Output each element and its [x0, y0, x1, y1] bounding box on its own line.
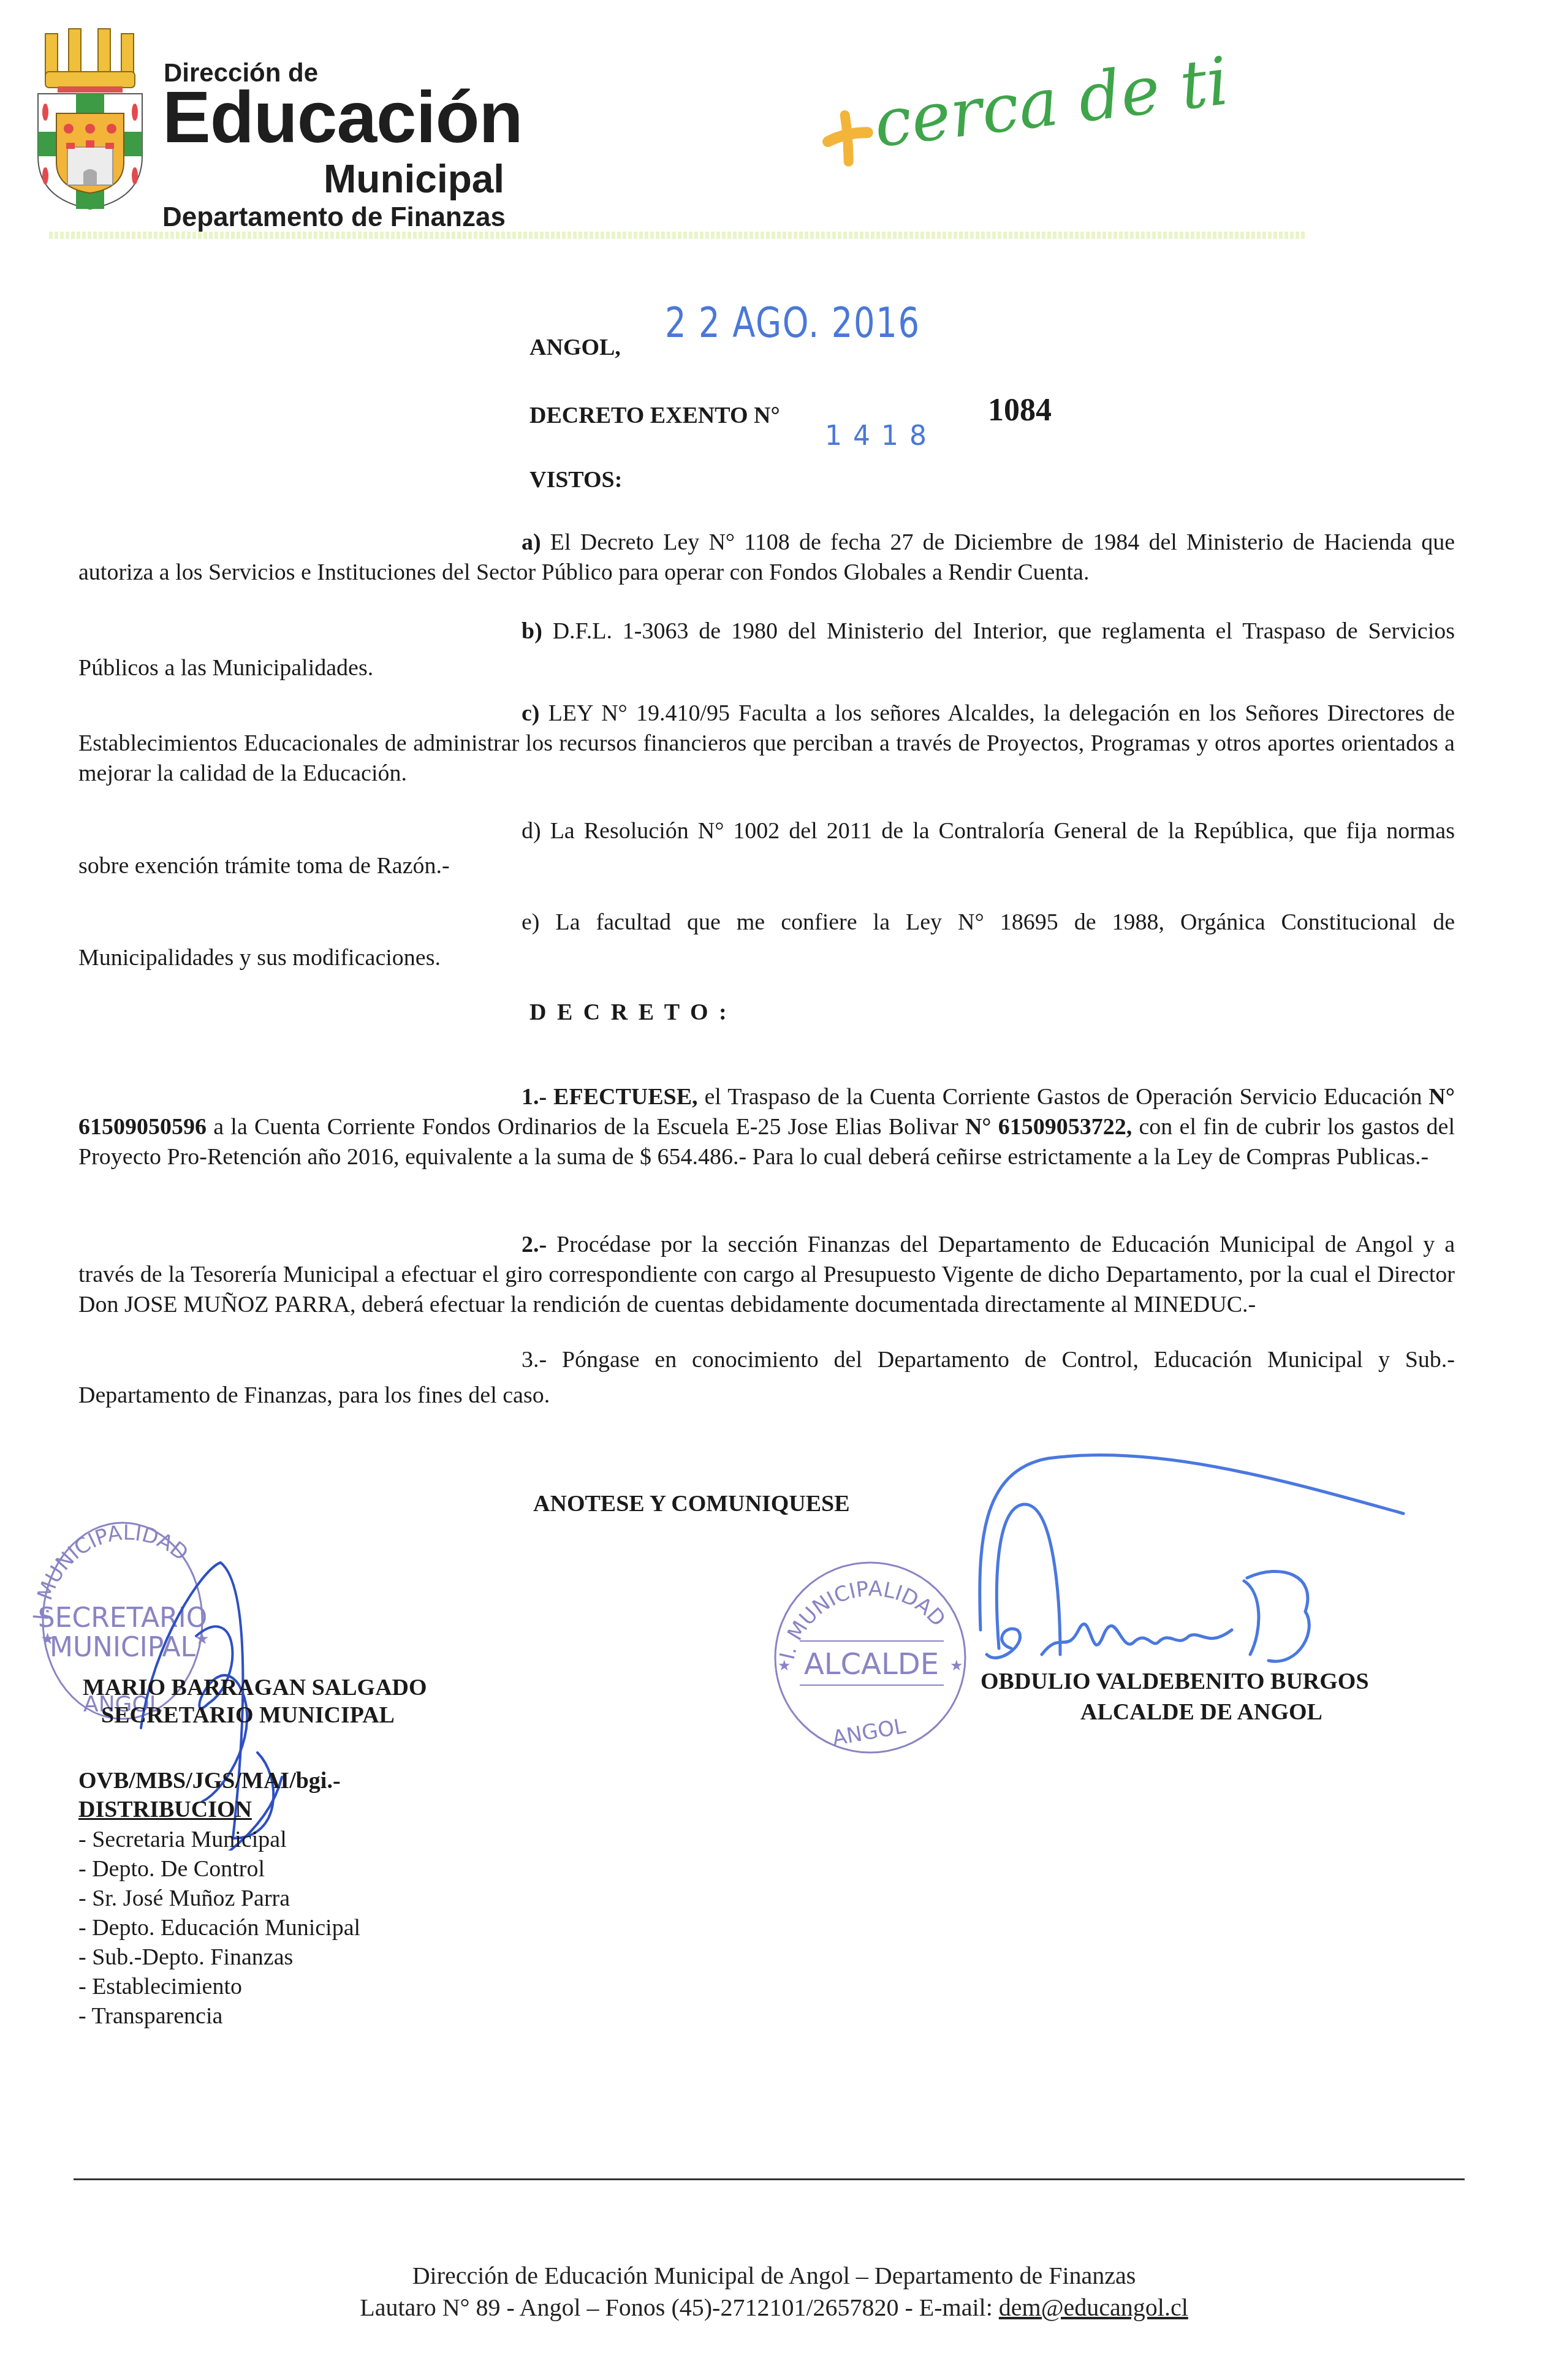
vistos-letter: c) [522, 700, 540, 726]
distribution-item: - Establecimiento [78, 1972, 242, 2001]
article-2: 2.- Procédase por la sección Finanzas de… [78, 1230, 1455, 1320]
reference-initials: OVB/MBS/JGS/MAI/bgi.- [78, 1766, 341, 1795]
seal-bottom-text: ANGOL [830, 1714, 908, 1751]
slogan-logo: cerca de ti [821, 80, 1250, 184]
mayor-seal: I. MUNICIPALIDAD ALCALDE ★ ★ ANGOL [769, 1556, 971, 1759]
distribution-item: - Transparencia [78, 2001, 222, 2031]
article-text: a la Cuenta Corriente Fondos Ordinarios … [207, 1114, 965, 1140]
vistos-item-a: a) El Decreto Ley N° 1108 de fecha 27 de… [78, 528, 1455, 588]
article-number: 2.- [522, 1232, 547, 1257]
decreto-heading: D E C R E T O : [529, 998, 729, 1027]
email-link[interactable]: dem@educangol.cl [999, 2294, 1188, 2321]
brand-line-2: Educación [162, 81, 523, 154]
header-divider [49, 232, 1305, 239]
vistos-letter: b) [522, 618, 542, 644]
brand-line-3: Municipal [324, 156, 504, 202]
place-label: ANGOL, [529, 333, 621, 362]
vistos-item-d: d) La Resolución N° 1002 del 2011 de la … [78, 814, 1455, 884]
decree-label: DECRETO EXENTO N° [529, 401, 780, 430]
mayor-title: ALCALDE DE ANGOL [1080, 1697, 1322, 1727]
brand-line-4: Departamento de Finanzas [162, 202, 506, 233]
secretary-title: SECRETARIO MUNICIPAL [101, 1700, 395, 1730]
vistos-text: La Resolución N° 1002 del 2011 de la Con… [78, 818, 1455, 879]
account-number-destination: N° 61509053722, [965, 1114, 1132, 1140]
vistos-text: LEY N° 19.410/95 Faculta a los señores A… [78, 700, 1455, 786]
vistos-item-b: b) D.F.L. 1-3063 de 1980 del Ministerio … [78, 613, 1455, 686]
distribution-item: - Depto. De Control [78, 1854, 265, 1884]
vistos-text: El Decreto Ley N° 1108 de fecha 27 de Di… [78, 529, 1455, 585]
article-1: 1.- EFECTUESE, el Traspaso de la Cuenta … [78, 1082, 1455, 1172]
article-text: Póngase en conocimiento del Departamento… [78, 1347, 1455, 1408]
distribution-item: - Sr. José Muñoz Parra [78, 1884, 290, 1913]
distribution-heading: DISTRIBUCION [78, 1795, 252, 1824]
article-number: 3.- [522, 1347, 547, 1373]
seal-center-text: ALCALDE [804, 1647, 939, 1681]
vistos-letter: a) [522, 529, 541, 555]
article-text: Procédase por la sección Finanzas del De… [78, 1232, 1455, 1317]
vistos-letter: d) [522, 818, 541, 844]
secretary-name: MARIO BARRAGAN SALGADO [83, 1673, 427, 1702]
footer-line-2: Lautaro N° 89 - Angol – Fonos (45)-27121… [0, 2293, 1548, 2322]
date-stamp: 2 2 AGO. 2016 [665, 299, 920, 348]
star-icon: ★ [950, 1658, 963, 1674]
article-lead: EFECTUESE, [553, 1084, 697, 1110]
footer-line-1: Dirección de Educación Municipal de Ango… [0, 2261, 1548, 2290]
municipal-coat-of-arms-logo [32, 28, 148, 211]
star-icon: ★ [40, 1630, 55, 1648]
distribution-item: - Depto. Educación Municipal [78, 1913, 360, 1942]
distribution-item: - Secretaria Municipal [78, 1825, 287, 1854]
footer-contact: Lautaro N° 89 - Angol – Fonos (45)-27121… [360, 2294, 999, 2321]
decree-stamp-number: 1418 [825, 422, 938, 451]
article-number: 1.- [522, 1084, 547, 1110]
closing-formula: ANOTESE Y COMUNIQUESE [533, 1489, 850, 1518]
vistos-heading: VISTOS: [529, 465, 622, 495]
footer-divider [74, 2178, 1465, 2180]
distribution-item: - Sub.-Depto. Finanzas [78, 1942, 293, 1972]
mayor-signature [974, 1446, 1465, 1667]
vistos-item-c: c) LEY N° 19.410/95 Faculta a los señore… [78, 699, 1455, 789]
article-3: 3.- Póngase en conocimiento del Departam… [78, 1342, 1455, 1413]
article-text: el Traspaso de la Cuenta Corriente Gasto… [698, 1084, 1429, 1110]
star-icon: ★ [778, 1658, 791, 1674]
vistos-letter: e) [522, 909, 540, 935]
vistos-item-e: e) La facultad que me confiere la Ley N°… [78, 904, 1455, 976]
mayor-name: OBDULIO VALDEBENITO BURGOS [981, 1667, 1369, 1696]
decree-number: 1084 [988, 392, 1052, 429]
vistos-text: D.F.L. 1-3063 de 1980 del Ministerio del… [78, 618, 1455, 681]
vistos-text: La facultad que me confiere la Ley N° 18… [78, 909, 1455, 971]
